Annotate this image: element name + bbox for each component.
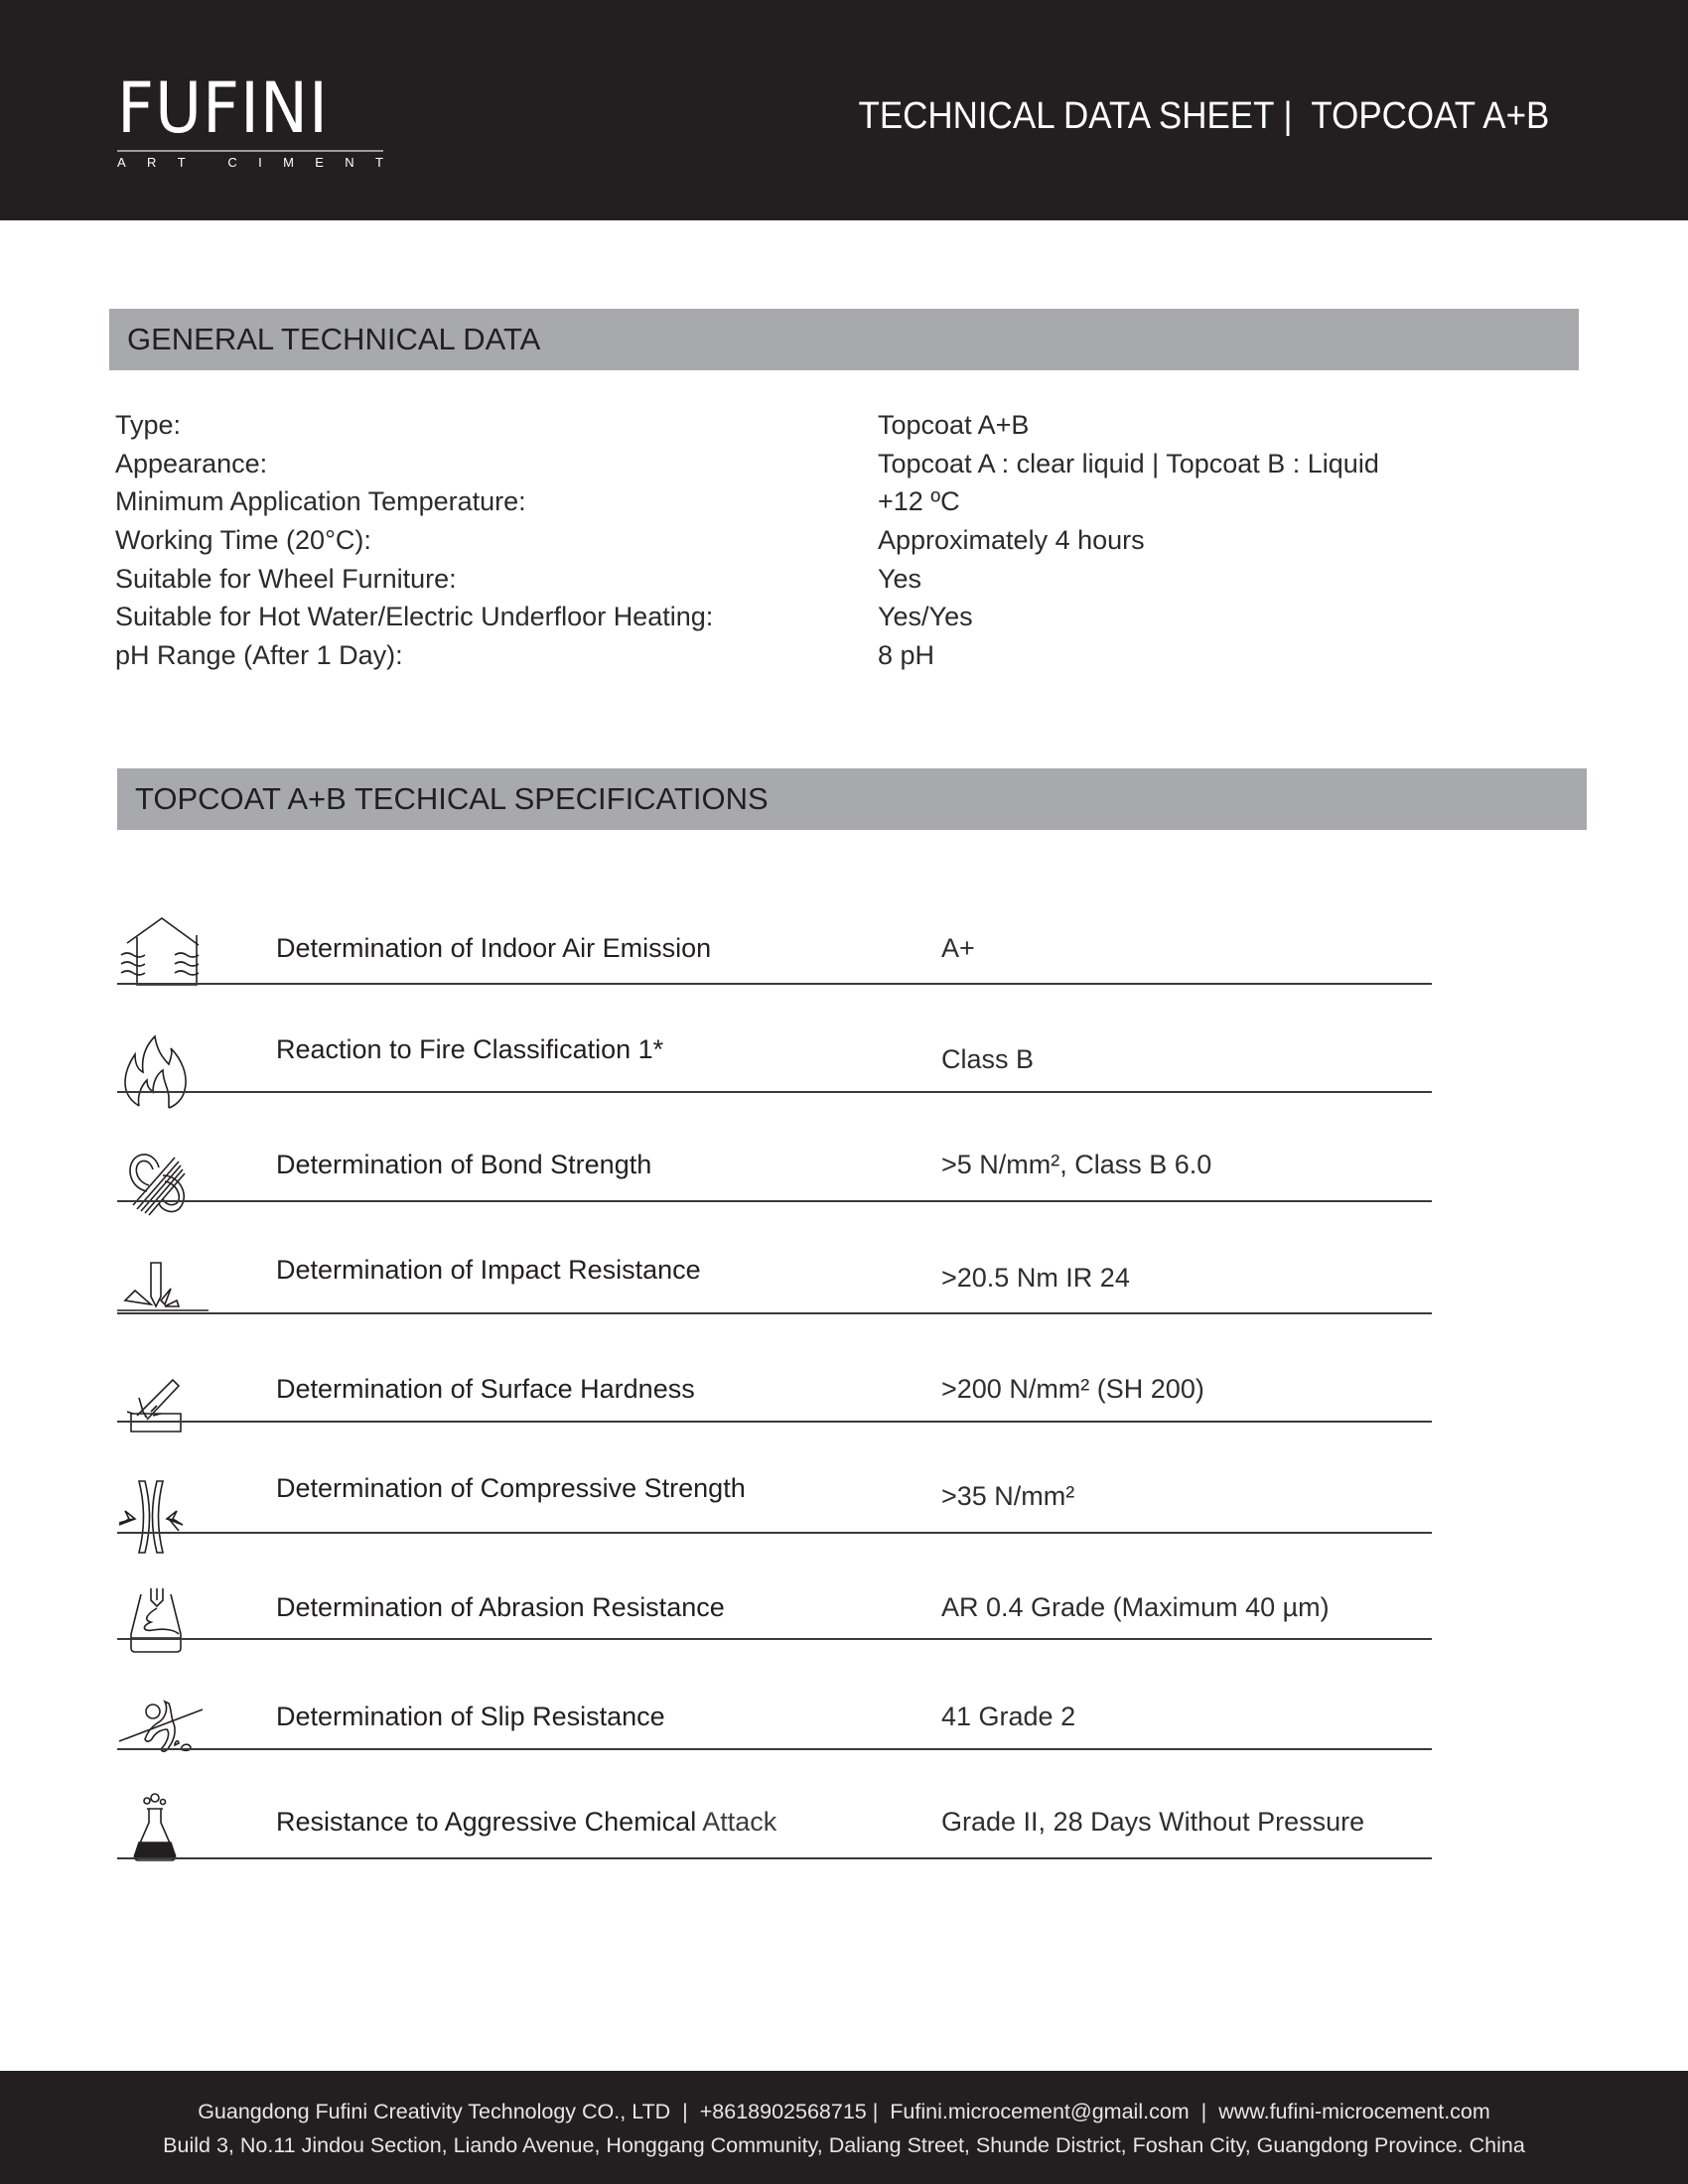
spec-label-text: Determination of Compressive Strength	[276, 1473, 746, 1503]
row-divider	[117, 1638, 1432, 1640]
general-value: 8 pH	[878, 636, 934, 675]
general-row: Minimum Application Temperature: +12 ºC	[115, 482, 1505, 521]
spec-row: Determination of Compressive Strength >3…	[117, 1469, 1549, 1559]
logo-letter: T	[375, 155, 383, 170]
abrasion-icon	[117, 1584, 216, 1654]
general-label: Suitable for Wheel Furniture:	[115, 560, 457, 599]
spec-label: Determination of Slip Resistance	[276, 1702, 665, 1732]
spec-label-text: Determination of Abrasion Resistance	[276, 1592, 725, 1622]
row-divider	[117, 1091, 1432, 1093]
slip-icon	[117, 1700, 216, 1755]
spec-label: Resistance to Aggressive Chemical Attack	[276, 1807, 776, 1838]
logo-divider	[117, 150, 383, 152]
footer: Guangdong Fufini Creativity Technology C…	[0, 2071, 1688, 2184]
spec-label-text: Reaction to Fire Classification 1*	[276, 1034, 663, 1064]
footer-contact-line: Guangdong Fufini Creativity Technology C…	[0, 2071, 1688, 2128]
spec-label: Determination of Abrasion Resistance	[276, 1592, 725, 1623]
spec-label: Determination of Compressive Strength	[276, 1473, 746, 1504]
compression-icon	[117, 1479, 216, 1555]
spec-row: Determination of Bond Strength >5 N/mm²,…	[117, 1144, 1549, 1223]
general-label: Working Time (20°C):	[115, 521, 371, 560]
row-divider	[117, 983, 1432, 985]
surface-hardness-icon	[117, 1376, 216, 1433]
spec-row: Resistance to Aggressive Chemical Attack…	[117, 1793, 1549, 1872]
general-label: Suitable for Hot Water/Electric Underflo…	[115, 598, 713, 636]
general-row: pH Range (After 1 Day): 8 pH	[115, 636, 1505, 675]
general-label: pH Range (After 1 Day):	[115, 636, 403, 675]
company-name: Guangdong Fufini Creativity Technology C…	[198, 2100, 670, 2123]
general-data-table: Type: Topcoat A+B Appearance: Topcoat A …	[115, 406, 1505, 675]
impact-icon	[117, 1261, 216, 1312]
spec-row: Reaction to Fire Classification 1* Class…	[117, 1030, 1549, 1110]
spec-label-text: Determination of Slip Resistance	[276, 1702, 665, 1731]
spec-value: >200 N/mm² (SH 200)	[941, 1374, 1204, 1405]
footer-address: Build 3, No.11 Jindou Section, Liando Av…	[0, 2128, 1688, 2162]
fire-icon	[117, 1034, 216, 1110]
spec-value: A+	[941, 933, 975, 964]
logo-subtitle: A R T C I M E N T	[117, 155, 383, 170]
separator: |	[873, 2100, 885, 2123]
chemical-flask-icon	[117, 1793, 216, 1862]
spec-value: >5 N/mm², Class B 6.0	[941, 1150, 1211, 1180]
row-divider	[117, 1748, 1432, 1750]
row-divider	[117, 1421, 1432, 1423]
general-value: +12 ºC	[878, 482, 960, 521]
logo-letter: N	[345, 155, 353, 170]
spec-label-text: Determination of Indoor Air Emission	[276, 933, 711, 963]
spec-label-text: Determination of Impact Resistance	[276, 1255, 701, 1285]
spec-label-suffix: Attack	[696, 1807, 776, 1837]
row-divider	[117, 1200, 1432, 1202]
email-link[interactable]: Fufini.microcement@gmail.com	[890, 2100, 1189, 2123]
general-row: Suitable for Wheel Furniture: Yes	[115, 560, 1505, 599]
section-heading-general: GENERAL TECHNICAL DATA	[109, 309, 1579, 370]
house-air-emission-icon	[117, 915, 216, 987]
section-heading-specifications: TOPCOAT A+B TECHICAL SPECIFICATIONS	[117, 768, 1587, 830]
spec-row: Determination of Surface Hardness >200 N…	[117, 1368, 1549, 1447]
spec-label-text: Resistance to Aggressive Chemical	[276, 1807, 696, 1837]
row-divider	[117, 1532, 1432, 1534]
document-title: TECHNICAL DATA SHEET | TOPCOAT A+B	[858, 95, 1549, 138]
spec-value: >20.5 Nm IR 24	[941, 1263, 1130, 1294]
logo-letter: E	[315, 155, 324, 170]
spec-label: Reaction to Fire Classification 1*	[276, 1034, 663, 1065]
separator: |	[676, 2100, 694, 2123]
general-value: Yes	[878, 560, 921, 599]
general-value: Yes/Yes	[878, 598, 973, 636]
logo-letter: T	[178, 155, 186, 170]
phone-number: +8618902568715	[700, 2100, 867, 2123]
logo-letter: C	[227, 155, 236, 170]
spec-label: Determination of Impact Resistance	[276, 1255, 701, 1286]
general-label: Type:	[115, 406, 181, 445]
website-link[interactable]: www.fufini-microcement.com	[1218, 2100, 1490, 2123]
general-row: Type: Topcoat A+B	[115, 406, 1505, 445]
spec-row: Determination of Slip Resistance 41 Grad…	[117, 1688, 1549, 1767]
general-row: Suitable for Hot Water/Electric Underflo…	[115, 598, 1505, 636]
row-divider	[117, 1857, 1432, 1859]
logo-letter: I	[258, 155, 262, 170]
logo-letter: R	[147, 155, 156, 170]
spec-value: Grade II, 28 Days Without Pressure	[941, 1807, 1364, 1838]
spec-label-text: Determination of Surface Hardness	[276, 1374, 695, 1404]
logo-wordmark: FUFINI	[117, 75, 362, 141]
general-row: Appearance: Topcoat A : clear liquid | T…	[115, 445, 1505, 483]
general-row: Working Time (20°C): Approximately 4 hou…	[115, 521, 1505, 560]
spec-label: Determination of Bond Strength	[276, 1150, 651, 1180]
spec-value: Class B	[941, 1044, 1034, 1075]
spec-row: Determination of Impact Resistance >20.5…	[117, 1247, 1549, 1326]
general-value: Approximately 4 hours	[878, 521, 1145, 560]
spec-label-text: Determination of Bond Strength	[276, 1150, 651, 1179]
logo-letter: M	[283, 155, 294, 170]
general-label: Appearance:	[115, 445, 267, 483]
general-label: Minimum Application Temperature:	[115, 482, 526, 521]
brand-logo: FUFINI A R T C I M E N T	[117, 75, 383, 141]
separator: |	[1196, 2100, 1213, 2123]
spec-row: Determination of Indoor Air Emission A+	[117, 911, 1549, 991]
spec-value: AR 0.4 Grade (Maximum 40 µm)	[941, 1592, 1330, 1623]
bond-strength-icon	[117, 1148, 216, 1219]
general-value: Topcoat A+B	[878, 406, 1029, 445]
row-divider	[117, 1312, 1432, 1314]
general-value: Topcoat A : clear liquid | Topcoat B : L…	[878, 445, 1379, 483]
header-banner: FUFINI A R T C I M E N T TECHNICAL DATA …	[0, 0, 1688, 220]
spec-value: 41 Grade 2	[941, 1702, 1075, 1732]
logo-letter: A	[117, 155, 126, 170]
spec-row: Determination of Abrasion Resistance AR …	[117, 1580, 1549, 1660]
spec-value: >35 N/mm²	[941, 1481, 1074, 1512]
spec-label: Determination of Surface Hardness	[276, 1374, 695, 1405]
spec-label: Determination of Indoor Air Emission	[276, 933, 711, 964]
